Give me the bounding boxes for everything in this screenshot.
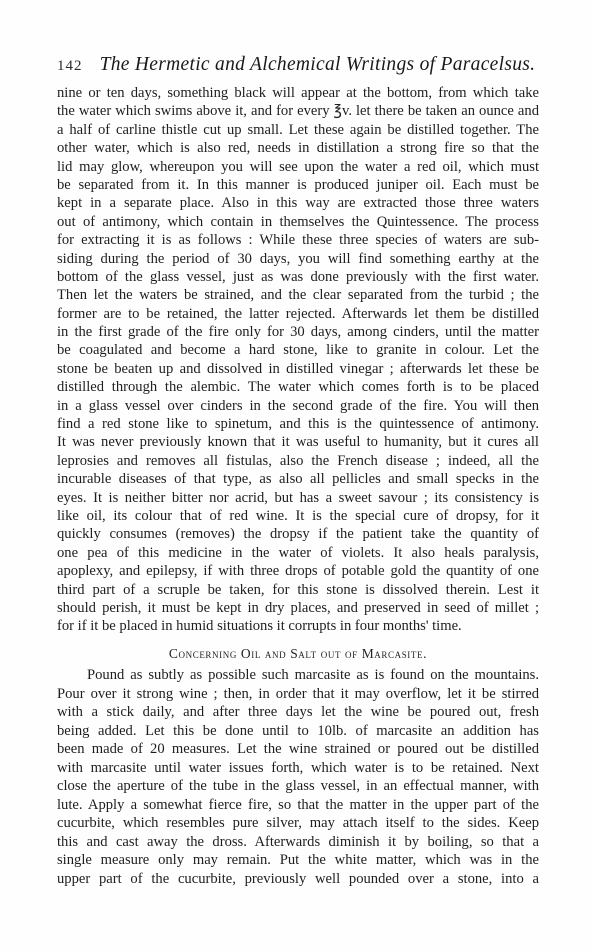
text-line: be coagulated and become a hard stone, l… — [57, 341, 539, 359]
text-line: Then let the waters be strained, and the… — [57, 286, 539, 304]
text-line: one pea of this medicine in the water of… — [57, 544, 539, 562]
text-line: distilled through the alembic. The water… — [57, 378, 539, 396]
text-line: with marcasite until water issues forth,… — [57, 759, 539, 778]
section-heading: Concerning Oil and Salt out of Marcasite… — [57, 644, 539, 664]
text-line: It was never previously known that it wa… — [57, 433, 539, 451]
text-line: third part of a scruple be taken, for th… — [57, 581, 539, 599]
text-line: leprosies and removes all fistulas, also… — [57, 452, 539, 470]
running-head: 142 The Hermetic and Alchemical Writings… — [57, 54, 517, 78]
text-line: for extracting it is as follows : While … — [57, 231, 539, 249]
text-line: in a glass vessel over cinders in the se… — [57, 397, 539, 415]
text-line: incurable diseases of that type, as also… — [57, 470, 539, 488]
text-line: been made of 20 measures. Let the wine s… — [57, 740, 539, 759]
text-line: siding during the period of 30 days, you… — [57, 250, 539, 268]
paragraph-continued: nine or ten days, something black will a… — [57, 84, 539, 636]
text-line: apoplexy, and epilepsy, if with three dr… — [57, 562, 539, 580]
text-line: cucurbite, which resembles pure silver, … — [57, 814, 539, 833]
text-line: lute. Apply a somewhat fierce fire, so t… — [57, 796, 539, 815]
text-line: should perish, it must be kept in dry pl… — [57, 599, 539, 617]
text-line: kept in a separate place. Also in this w… — [57, 194, 539, 212]
text-line: eyes. It is neither bitter nor acrid, bu… — [57, 489, 539, 507]
text-line: the water which swims above it, and for … — [57, 102, 539, 120]
text-line: lid may glow, whereupon you will see upo… — [57, 158, 539, 176]
text-line: Pound as subtly as possible such marcasi… — [57, 666, 539, 685]
text-line: be separated from it. In this manner is … — [57, 176, 539, 194]
book-title: The Hermetic and Alchemical Writings of … — [100, 54, 536, 75]
text-line: being added. Let this be done until to 1… — [57, 722, 539, 741]
text-line: stone be beaten up and dissolved in dist… — [57, 360, 539, 378]
text-line: for if it be placed in humid situations … — [57, 617, 539, 635]
text-line: find a red stone like to spinetum, and t… — [57, 415, 539, 433]
paragraph-marcasite: Pound as subtly as possible such marcasi… — [57, 666, 539, 889]
text-line: other water, which is also red, needs in… — [57, 139, 539, 157]
text-line: upper part of the cucurbite, previously … — [57, 870, 539, 889]
text-line: quickly consumes (removes) the dropsy if… — [57, 525, 539, 543]
text-line: close the aperture of the tube in the gl… — [57, 777, 539, 796]
text-line: with a stick daily, and after three days… — [57, 703, 539, 722]
text-line: former are to be retained, the latter re… — [57, 305, 539, 323]
text-line: like oil, its colour that of red wine. I… — [57, 507, 539, 525]
text-line: nine or ten days, something black will a… — [57, 84, 539, 102]
text-line: this and cast away the dross. Afterwards… — [57, 833, 539, 852]
page-number: 142 — [57, 58, 83, 74]
book-page: 142 The Hermetic and Alchemical Writings… — [0, 0, 591, 950]
text-line: single measure only may remain. Put the … — [57, 851, 539, 870]
text-line: out of antimony, which contain in themse… — [57, 213, 539, 231]
text-line: Pour over it strong wine ; then, in orde… — [57, 685, 539, 704]
text-line: bottom of the glass vessel, just as was … — [57, 268, 539, 286]
text-line: a half of carline thistle cut up small. … — [57, 121, 539, 139]
text-line: in the first grade of the fire only for … — [57, 323, 539, 341]
